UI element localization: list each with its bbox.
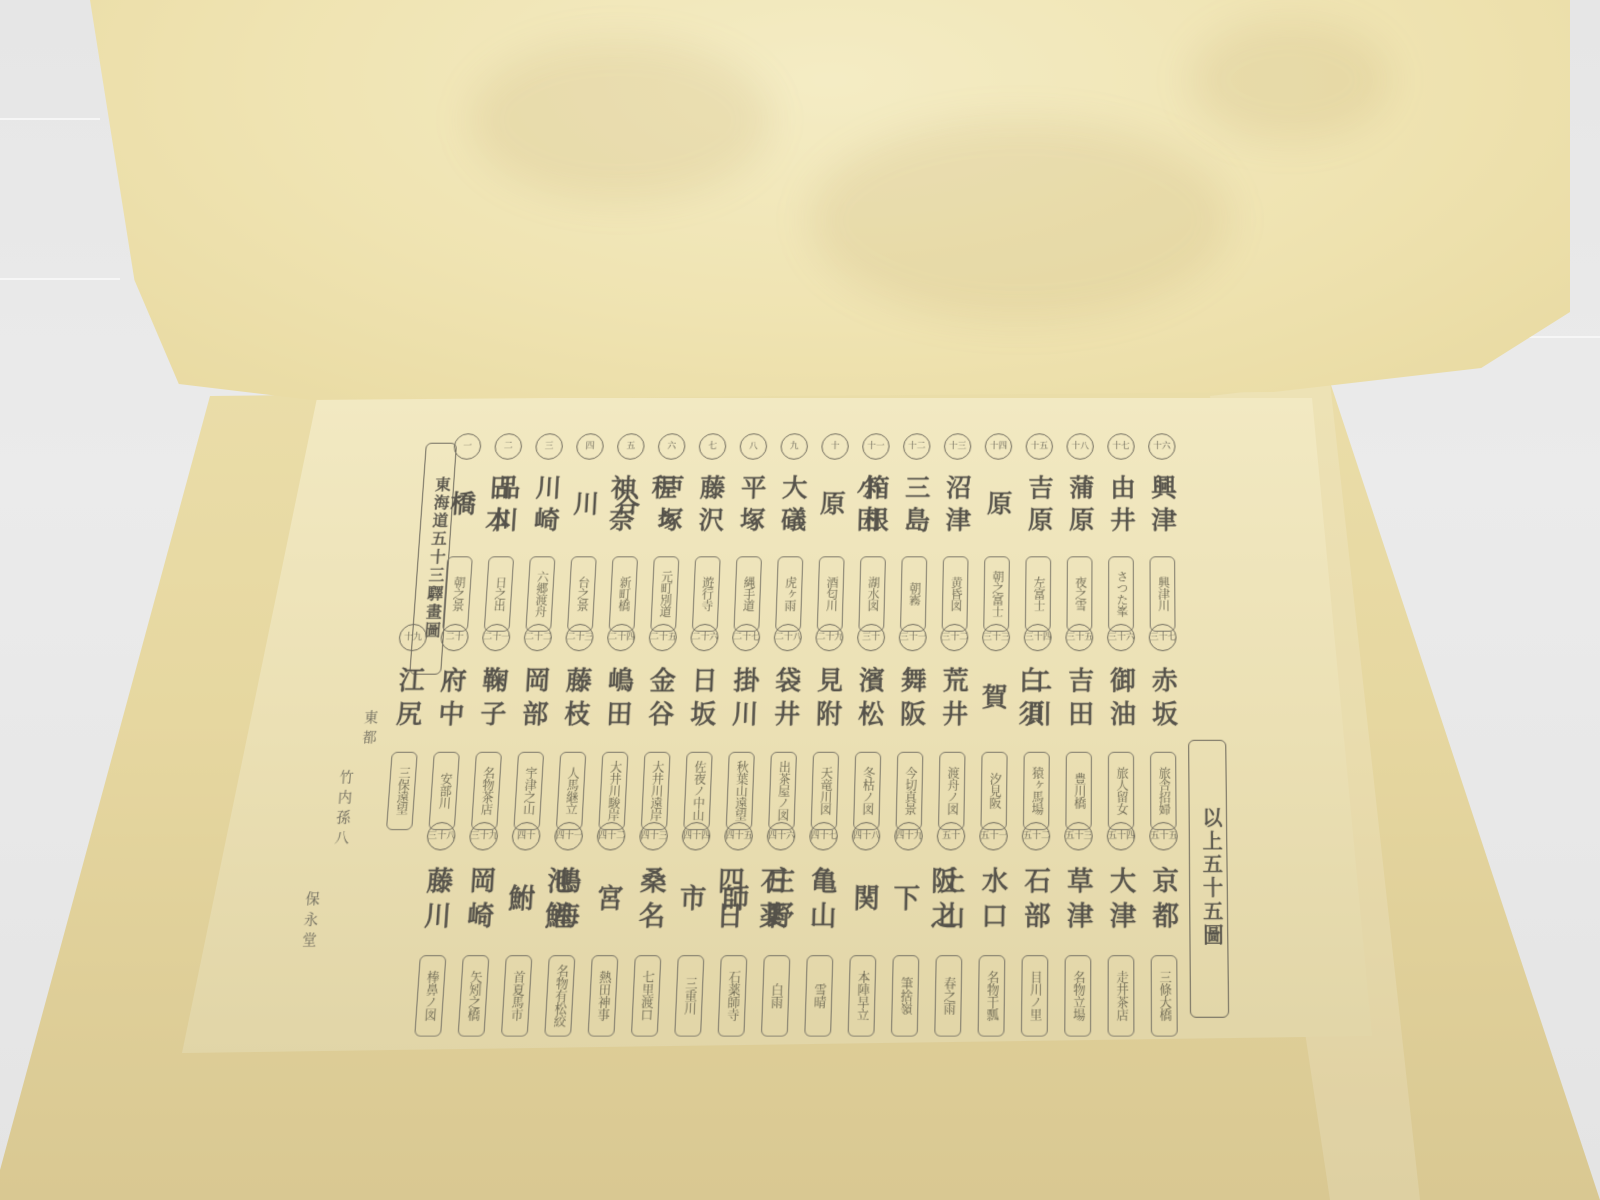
station-name: 小田原 — [811, 461, 886, 552]
rolled-top-page[interactable] — [90, 0, 1570, 400]
station-number-circle: 四十四 — [681, 822, 711, 850]
table-of-contents: 以上五十五圖 東海道五十三驛畫圖 東都 竹内孫八 保永堂 十六興津興津川三十七赤… — [274, 422, 1244, 1037]
station-name: 藤川 — [414, 852, 458, 951]
station-number-circle: 二十六 — [690, 624, 719, 651]
print-subtitle-box: 大井川駿岸 — [598, 752, 628, 830]
station-number-circle: 十九 — [398, 624, 428, 651]
print-subtitle-box: 安部川 — [428, 752, 459, 830]
print-subtitle-box: 虎ヶ雨 — [775, 556, 803, 631]
station-name: 水口 — [973, 852, 1012, 951]
station-entry: 四十八関本陣早立 — [839, 822, 887, 1037]
print-subtitle-box: 汐見阪 — [980, 752, 1007, 830]
station-name: 袋井 — [766, 653, 806, 748]
print-subtitle-box: 旅人留女 — [1108, 752, 1134, 830]
station-name: 鞠子 — [471, 653, 514, 748]
print-subtitle-box: 旅舎招婦 — [1150, 752, 1177, 830]
print-subtitle-box: 三重川 — [674, 955, 704, 1037]
print-subtitle-box: さつた峯 — [1108, 556, 1134, 631]
print-subtitle-box: 天竜川図 — [811, 752, 839, 830]
station-number-circle: 四 — [576, 433, 605, 459]
station-number-circle: 十五 — [1026, 433, 1053, 459]
print-subtitle-box: 猿ヶ馬場 — [1023, 752, 1050, 830]
station-entry: 五十四大津走井茶店 — [1099, 822, 1142, 1037]
station-number-circle: 二十八 — [773, 624, 802, 651]
station-column: 十八蒲原夜之雪三十五吉田豊川橋五十三草津名物立場 — [1056, 433, 1101, 1028]
station-number-circle: 十三 — [944, 433, 972, 459]
print-subtitle-box: 出茶屋ノ図 — [768, 752, 797, 830]
station-entry: 三十二荒井渡舟ノ図 — [930, 624, 976, 830]
station-number-circle: 二十九 — [815, 624, 844, 651]
station-number-circle: 十二 — [903, 433, 931, 459]
station-number-circle: 四十二 — [596, 822, 626, 850]
station-name: 荒井 — [934, 653, 973, 748]
station-number-circle: 三十九 — [469, 822, 499, 850]
station-name: 藤沢 — [690, 461, 730, 552]
station-number-circle: 十一 — [862, 433, 890, 459]
station-name: 京都 — [1145, 852, 1183, 951]
station-number-circle: 一 — [453, 433, 482, 459]
station-name: 白須賀 — [974, 653, 1049, 748]
station-entry: 十五吉原左富士 — [1017, 433, 1060, 631]
print-subtitle-box: 名物有松絞 — [544, 955, 575, 1037]
station-name: 嶋田 — [597, 653, 639, 748]
station-name: 神奈川 — [564, 461, 641, 552]
station-number-circle: 五十三 — [1064, 822, 1092, 850]
print-subtitle-box: 興津川 — [1150, 556, 1176, 631]
station-number-circle: 四十五 — [724, 822, 753, 850]
print-subtitle-box: 雪晴 — [804, 955, 833, 1037]
print-subtitle-box: 熱田神事 — [588, 955, 619, 1037]
print-subtitle-box: 台之景 — [567, 556, 597, 631]
station-name: 吉田 — [1060, 653, 1097, 748]
print-subtitle-box: 新町橋 — [609, 556, 638, 631]
station-number-circle: 八 — [739, 433, 767, 459]
station-number-circle: 三十四 — [1024, 624, 1052, 651]
station-entry: 八平塚縄手道 — [726, 433, 775, 631]
station-name: 関 — [844, 852, 884, 951]
print-subtitle-box: 夜之雪 — [1066, 556, 1092, 631]
station-number-circle: 三十一 — [899, 624, 927, 651]
print-subtitle-box: 朝之富士 — [983, 556, 1010, 631]
print-subtitle-box: 本陣早立 — [848, 955, 877, 1037]
station-entry: 二十七掛川秋葉山遠望 — [718, 624, 768, 830]
station-number-circle: 五十 — [937, 822, 966, 850]
station-number-circle: 四十七 — [809, 822, 838, 850]
title-box-right: 以上五十五圖 — [1188, 740, 1229, 1018]
station-number-circle: 十 — [821, 433, 849, 459]
station-entry: 五十二石部目川ノ里 — [1013, 822, 1058, 1037]
print-subtitle-box: 首夏馬市 — [501, 955, 533, 1037]
station-entry: 三十一舞阪今切真景 — [887, 624, 933, 830]
station-name: 桑名 — [629, 852, 671, 951]
station-name: 阪之下 — [885, 852, 962, 951]
station-entry: 三十濱松冬枯ノ図 — [845, 624, 892, 830]
station-number-circle: 十七 — [1107, 433, 1134, 459]
print-subtitle-box: 名物立場 — [1064, 955, 1091, 1037]
station-number-circle: 三十五 — [1065, 624, 1093, 651]
station-name: 御油 — [1102, 653, 1139, 748]
station-entry: 十三沼津黄昏図 — [934, 433, 979, 631]
station-number-circle: 五十五 — [1149, 822, 1177, 850]
station-name: 日本橋 — [440, 461, 518, 552]
station-number-circle: 五 — [617, 433, 646, 459]
print-subtitle-box: 六郷渡舟 — [525, 556, 555, 631]
station-entry: 五十五京都三條大橋 — [1142, 822, 1186, 1037]
station-name: 宮 — [586, 852, 629, 951]
print-subtitle-box: 今切真景 — [896, 752, 924, 830]
print-subtitle-box: 渡舟ノ図 — [938, 752, 966, 830]
station-number-circle: 四十一 — [554, 822, 584, 850]
station-name: 江尻 — [386, 653, 430, 748]
print-subtitle-box: 棒鼻ノ図 — [414, 955, 446, 1037]
station-column: 十七由井さつた峯三十六御油旅人留女五十四大津走井茶店 — [1099, 433, 1142, 1028]
station-name: 岡部 — [513, 653, 556, 748]
print-subtitle-box: 目川ノ里 — [1021, 955, 1048, 1037]
station-number-circle: 二十七 — [732, 624, 761, 651]
print-subtitle-box: 豊川橋 — [1065, 752, 1092, 830]
station-entry: 五十一水口名物干瓢 — [969, 822, 1015, 1037]
station-number-circle: 五十一 — [979, 822, 1008, 850]
print-subtitle-box: 石薬師寺 — [718, 955, 748, 1037]
station-name: 濱松 — [850, 653, 889, 748]
station-name: 金谷 — [639, 653, 680, 748]
publisher-house: 保永堂 — [297, 891, 322, 953]
station-number-circle: 四十八 — [852, 822, 881, 850]
station-number-circle: 四十三 — [639, 822, 669, 850]
station-entry: 二十九見附天竜川図 — [803, 624, 851, 830]
print-subtitle-box: 白雨 — [761, 955, 790, 1037]
print-subtitle-box: 酒匂川 — [817, 556, 845, 631]
station-entry: 十七由井さつた峯 — [1100, 433, 1142, 631]
station-number-circle: 五十四 — [1107, 822, 1135, 850]
station-entry: 四十七亀山雪晴 — [796, 822, 845, 1037]
station-name: 沼津 — [938, 461, 976, 552]
station-number-circle: 九 — [780, 433, 808, 459]
station-name: 大津 — [1102, 852, 1140, 951]
station-number-circle: 二十二 — [523, 624, 552, 651]
station-entry: 十八蒲原夜之雪 — [1059, 433, 1101, 631]
station-entry: 十小田原酒匂川 — [809, 433, 856, 631]
print-subtitle-box: 三條大橋 — [1151, 955, 1178, 1037]
publisher-place: 東都 — [358, 710, 381, 750]
print-subtitle-box: 矢矧之橋 — [458, 955, 490, 1037]
wall-molding — [0, 118, 100, 120]
station-entry: 三十七赤坂旅舎招婦 — [1142, 624, 1185, 830]
station-entry: 十二三島朝霧 — [892, 433, 937, 631]
print-subtitle-box: 縄手道 — [733, 556, 762, 631]
station-number-circle: 三十八 — [426, 822, 456, 850]
print-subtitle-box: 七里渡口 — [631, 955, 662, 1037]
station-name: 掛川 — [723, 653, 764, 748]
station-number-circle: 二十四 — [607, 624, 636, 651]
station-number-circle: 四十 — [511, 822, 541, 850]
print-subtitle-box: 湖水図 — [858, 556, 886, 631]
print-subtitle-box: 人馬継立 — [556, 752, 586, 830]
station-number-circle: 三十七 — [1149, 624, 1177, 651]
print-subtitle-box: 元町別道 — [650, 556, 679, 631]
station-number-circle: 七 — [698, 433, 726, 459]
station-column: 十六興津興津川三十七赤坂旅舎招婦五十五京都三條大橋 — [1141, 433, 1186, 1028]
station-entry: 二十八袋井出茶屋ノ図 — [760, 624, 809, 830]
station-name: 蒲原 — [1062, 461, 1099, 552]
station-number-circle: 三十六 — [1107, 624, 1135, 651]
station-entry: 三十三白須賀汐見阪 — [972, 624, 1017, 830]
station-number-circle: 三十 — [857, 624, 885, 651]
station-number-circle: 二 — [494, 433, 523, 459]
station-entry: 五十三草津名物立場 — [1056, 822, 1100, 1037]
station-name: 川崎 — [525, 461, 567, 552]
print-subtitle-box: 走井茶店 — [1108, 955, 1135, 1037]
station-name: 四日市 — [670, 852, 749, 951]
print-subtitle-box: 朝之景 — [442, 556, 473, 631]
station-number-circle: 二十 — [440, 624, 470, 651]
station-name: 大礒 — [772, 461, 811, 552]
station-name: 池鯉鮒 — [498, 852, 579, 951]
station-number-circle: 十八 — [1066, 433, 1093, 459]
station-number-circle: 十六 — [1148, 433, 1175, 459]
station-entry: 四十九阪之下筆捨嶺 — [883, 822, 930, 1037]
publisher-name: 竹内孫八 — [330, 770, 356, 851]
station-name: 三島 — [896, 461, 934, 552]
station-number-circle: 三 — [535, 433, 564, 459]
station-number-circle: 二十五 — [648, 624, 677, 651]
station-entry: 三十六御油旅人留女 — [1100, 624, 1142, 830]
station-entry: 十六興津興津川 — [1141, 433, 1183, 631]
station-name: 藤枝 — [555, 653, 597, 748]
print-subtitle-box: 遊行寺 — [692, 556, 721, 631]
foxing-stain — [1190, 20, 1390, 140]
print-subtitle-box: 筆捨嶺 — [891, 955, 919, 1037]
station-name: 平塚 — [731, 461, 771, 552]
print-subtitle-box: 名物干瓢 — [978, 955, 1006, 1037]
station-name: 日坂 — [681, 653, 722, 748]
station-number-circle: 六 — [657, 433, 685, 459]
station-name: 草津 — [1059, 852, 1097, 951]
station-name: 原 — [979, 461, 1016, 552]
print-subtitle-box: 秋葉山遠望 — [726, 752, 755, 830]
foxing-stain — [470, 40, 770, 200]
station-name: 亀山 — [801, 852, 842, 951]
print-subtitle-box: 黄昏図 — [942, 556, 969, 631]
print-subtitle-box: 大井川遠岸 — [641, 752, 671, 830]
station-name: 吉原 — [1020, 461, 1057, 552]
wall-molding — [0, 278, 120, 280]
print-subtitle-box: 朝霧 — [900, 556, 927, 631]
station-number-circle: 十四 — [985, 433, 1013, 459]
station-entry: 三十五吉田豊川橋 — [1057, 624, 1100, 830]
station-name: 興津 — [1144, 461, 1181, 552]
print-subtitle-box: 三保遠望 — [386, 752, 418, 830]
print-subtitle-box: 名物茶店 — [471, 752, 502, 830]
station-entry: 九大礒虎ヶ雨 — [767, 433, 815, 631]
print-subtitle-box: 冬枯ノ図 — [853, 752, 881, 830]
station-name: 見附 — [808, 653, 848, 748]
foxing-stain — [810, 120, 1230, 320]
print-subtitle-box: 佐夜ノ中山 — [683, 752, 712, 830]
print-subtitle-box: 左富士 — [1025, 556, 1051, 631]
station-name: 舞阪 — [892, 653, 931, 748]
station-number-circle: 四十六 — [766, 822, 795, 850]
print-subtitle-box: 春之雨 — [934, 955, 962, 1037]
station-name: 赤坂 — [1144, 653, 1181, 748]
print-subtitle-box: 日之出 — [484, 556, 514, 631]
station-number-circle: 三十二 — [940, 624, 968, 651]
station-number-circle: 二十三 — [565, 624, 594, 651]
station-number-circle: 二十一 — [481, 624, 510, 651]
station-name: 由井 — [1103, 461, 1139, 552]
station-number-circle: 四十九 — [894, 822, 923, 850]
station-entry: 十四原朝之富士 — [975, 433, 1019, 631]
station-name: 府中 — [429, 653, 472, 748]
station-number-circle: 三十三 — [982, 624, 1010, 651]
station-name: 石部 — [1016, 852, 1055, 951]
station-number-circle: 五十二 — [1022, 822, 1051, 850]
station-name: 岡崎 — [457, 852, 501, 951]
print-subtitle-box: 宇津之山 — [513, 752, 544, 830]
